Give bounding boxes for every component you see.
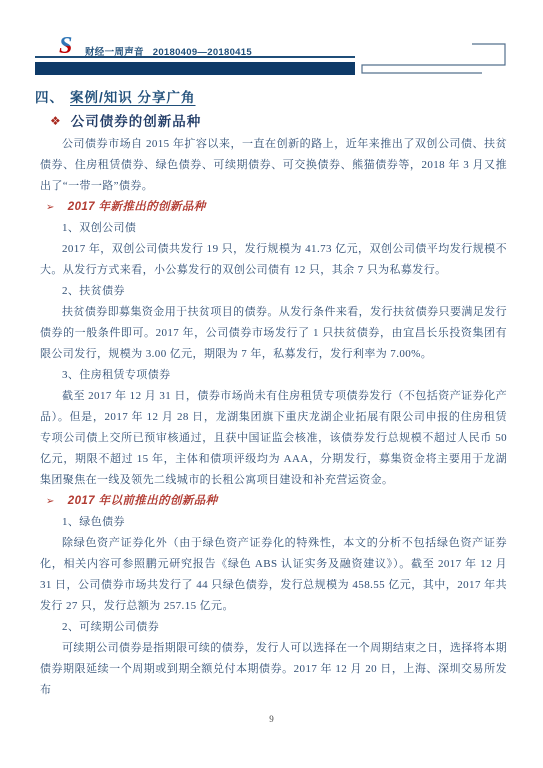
- arrow-bullet-icon: ➢: [46, 496, 55, 507]
- item-text: 截至 2017 年 12 月 31 日，债券市场尚未有住房租赁专项债券发行（不包…: [40, 386, 507, 491]
- document-body: 公司债券市场自 2015 年扩容以来，一直在创新的路上，近年来推出了双创公司债、…: [40, 134, 507, 701]
- report-page: S 财经一周声音 20180409—20180415 四、案例/知识 分享广角 …: [0, 0, 543, 768]
- item-title: 1、双创公司债: [40, 218, 507, 239]
- header-rule: [35, 56, 355, 58]
- item-title: 2、可续期公司债券: [40, 617, 507, 638]
- header-navy-bar: [35, 62, 355, 75]
- paragraph-intro: 公司债券市场自 2015 年扩容以来，一直在创新的路上，近年来推出了双创公司债、…: [40, 134, 507, 197]
- group2-heading-text: 2017 年以前推出的创新品种: [68, 495, 218, 507]
- section-heading: 四、案例/知识 分享广角: [35, 86, 196, 106]
- item-text: 扶贫债券即募集资金用于扶贫项目的债券。从发行条件来看，发行扶贫债券只要满足发行债…: [40, 302, 507, 365]
- section-heading-text: 案例/知识 分享广角: [70, 90, 196, 105]
- item-title: 3、住房租赁专项债券: [40, 365, 507, 386]
- page-number: 9: [0, 714, 543, 724]
- section-index: 四、: [35, 90, 64, 105]
- item-text: 2017 年，双创公司债共发行 19 只，发行规模为 41.73 亿元，双创公司…: [40, 239, 507, 281]
- item-title: 2、扶贫债券: [40, 281, 507, 302]
- group2-heading: ➢2017 年以前推出的创新品种: [40, 491, 507, 512]
- topic-heading-text: 公司债券的创新品种: [71, 114, 202, 129]
- diamond-bullet-icon: ❖: [50, 114, 62, 128]
- arrow-bullet-icon: ➢: [46, 202, 55, 213]
- group1-heading-text: 2017 年新推出的创新品种: [68, 201, 206, 213]
- item-title: 1、绿色债券: [40, 512, 507, 533]
- brand-logo-icon: S: [56, 31, 80, 64]
- topic-heading: ❖公司债券的创新品种: [50, 110, 201, 130]
- group1-heading: ➢2017 年新推出的创新品种: [40, 197, 507, 218]
- header-corner-decoration: [358, 40, 510, 78]
- item-text: 除绿色资产证券化外（由于绿色资产证券化的特殊性，本文的分析不包括绿色资产证券化，…: [40, 533, 507, 617]
- item-text: 可续期公司债券是指期限可续的债券，发行人可以选择在一个周期结束之日，选择将本期债…: [40, 638, 507, 701]
